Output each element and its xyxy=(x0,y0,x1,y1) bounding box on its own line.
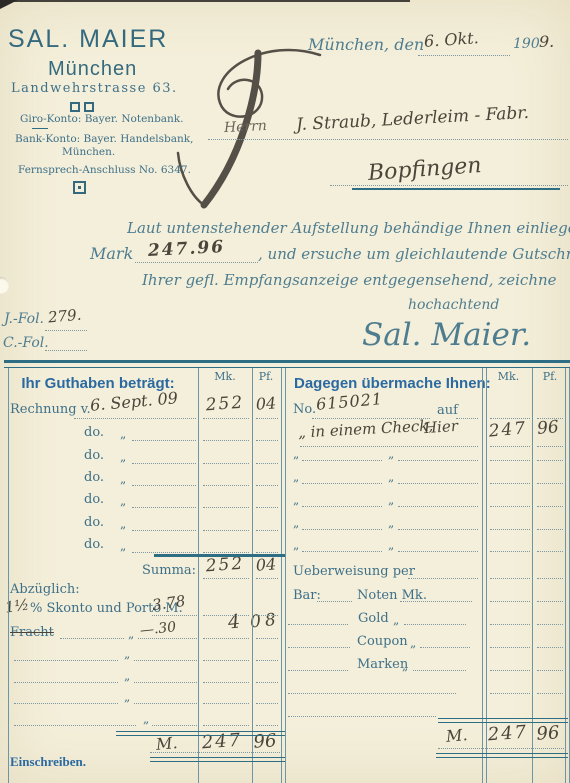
dotted-line xyxy=(330,185,568,186)
street-address: Landwehrstrasse 63. xyxy=(11,82,178,96)
dotted-line xyxy=(537,483,563,484)
dotted-line xyxy=(302,483,382,484)
folio-j-label: J.-Fol. xyxy=(4,312,44,327)
invoice-row-label: Rechnung v. xyxy=(10,403,91,417)
dotted-line xyxy=(138,638,197,639)
dotted-line xyxy=(203,660,249,661)
mark-label: Mark xyxy=(90,245,133,263)
dotted-line xyxy=(413,670,466,671)
dotted-line xyxy=(537,601,563,602)
dotted-line xyxy=(302,506,382,507)
ditto-mark: „ xyxy=(388,494,394,507)
dotted-line xyxy=(256,552,278,553)
ornament-square-icon xyxy=(70,102,80,112)
dotted-line xyxy=(420,647,470,648)
dotted-line xyxy=(256,440,278,441)
dotted-line xyxy=(490,670,530,671)
dotted-line xyxy=(256,660,278,661)
ditto-mark: „ xyxy=(124,648,130,661)
dotted-line xyxy=(74,418,196,419)
amount-handwritten: 247.96 xyxy=(148,238,226,261)
dotted-line xyxy=(256,682,278,683)
table-horizontal-rule xyxy=(4,360,570,363)
date-year-printed: 190 xyxy=(513,37,540,52)
dotted-line xyxy=(300,446,478,447)
do-row-label: do. xyxy=(84,471,104,485)
right-col-header-pf: Pf. xyxy=(533,371,567,383)
dotted-line xyxy=(256,485,278,486)
right-col-header-mk: Mk. xyxy=(486,371,531,383)
dotted-line xyxy=(203,418,249,419)
body-line-3: Ihrer gefl. Empfangsanzeige entgegensehe… xyxy=(142,272,557,289)
company-name: SAL. MAIER xyxy=(8,26,168,54)
invoice-mk-handwritten: 252 xyxy=(199,393,250,415)
ditto-mark: „ xyxy=(120,518,126,531)
dotted-line xyxy=(203,638,249,639)
einschreiben-label: Einschreiben. xyxy=(10,755,86,769)
dotted-line xyxy=(45,330,87,331)
ditto-mark: „ xyxy=(120,495,126,508)
table-horizontal-rule xyxy=(116,731,285,732)
dotted-line xyxy=(398,460,478,461)
dotted-line xyxy=(288,693,456,694)
dotted-line xyxy=(203,578,249,579)
ditto-mark: „ xyxy=(388,539,394,552)
dotted-line xyxy=(14,703,118,704)
table-horizontal-rule xyxy=(438,722,568,723)
check-text-handwritten: „ in einem Check, xyxy=(298,417,434,441)
dotted-line xyxy=(256,463,278,464)
right-total-pf-handwritten: 96 xyxy=(532,723,563,745)
dotted-line xyxy=(203,485,249,486)
dotted-line xyxy=(14,660,118,661)
table-horizontal-rule xyxy=(352,188,560,190)
dotted-line xyxy=(537,418,563,419)
no-label: No. xyxy=(293,403,316,417)
body-line-1: Laut untenstehender Aufstellung behändig… xyxy=(127,220,570,237)
dotted-line xyxy=(398,551,478,552)
salutation-handwritten: Herrn xyxy=(224,119,268,137)
ditto-mark: „ xyxy=(402,660,408,673)
table-vertical-rule xyxy=(252,367,253,783)
table-vertical-rule xyxy=(281,367,282,783)
bank-account-line2: München. xyxy=(62,147,115,159)
dotted-line xyxy=(537,446,563,447)
right-total-currency-handwritten: M. xyxy=(445,726,468,745)
dotted-line xyxy=(134,660,197,661)
do-row-label: do. xyxy=(84,493,104,507)
summa-mk-handwritten: 252 xyxy=(199,554,250,576)
dotted-line xyxy=(398,529,478,530)
dotted-line xyxy=(312,418,430,419)
do-row-label: do. xyxy=(84,538,104,552)
table-horizontal-rule xyxy=(150,757,285,758)
dotted-line xyxy=(490,551,530,552)
dotted-line xyxy=(288,716,436,717)
dotted-line xyxy=(302,529,382,530)
dotted-line xyxy=(490,418,530,419)
dotted-line xyxy=(490,506,530,507)
scan-corner-artifact xyxy=(0,0,18,9)
ditto-mark: „ xyxy=(120,473,126,486)
dotted-line xyxy=(135,262,258,263)
ditto-mark: „ xyxy=(143,713,149,726)
dotted-line xyxy=(537,551,563,552)
table-horizontal-rule xyxy=(4,367,570,368)
ditto-mark: „ xyxy=(120,451,126,464)
do-row-label: do. xyxy=(84,516,104,530)
ditto-mark: „ xyxy=(128,628,134,641)
abzueglich-label: Abzüglich: xyxy=(10,583,80,597)
dotted-line xyxy=(302,551,382,552)
company-city: München xyxy=(48,58,137,80)
dotted-line xyxy=(537,506,563,507)
no-value-handwritten: 615021 xyxy=(315,390,383,413)
ditto-mark: „ xyxy=(124,691,130,704)
ditto-mark: „ xyxy=(293,448,299,461)
dotted-line xyxy=(203,440,249,441)
dotted-line xyxy=(404,624,466,625)
ditto-mark: „ xyxy=(120,540,126,553)
do-row-label: do. xyxy=(84,449,104,463)
dotted-line xyxy=(438,748,566,749)
dotted-line xyxy=(288,647,350,648)
printed-signature: Sal. Maier. xyxy=(362,318,531,352)
invoice-pf-handwritten: 04 xyxy=(251,394,280,414)
dotted-line xyxy=(152,615,197,616)
scan-edge-artifact xyxy=(0,0,410,2)
dotted-line xyxy=(490,529,530,530)
dotted-line xyxy=(14,682,118,683)
table-vertical-rule xyxy=(285,367,286,783)
dotted-line xyxy=(132,485,196,486)
phone-line: Fernsprech-Anschluss No. 6347. xyxy=(18,165,191,177)
dotted-line xyxy=(490,483,530,484)
ueberweisung-label: Ueberweisung per xyxy=(293,565,415,579)
dotted-line xyxy=(203,530,249,531)
dotted-line xyxy=(134,703,197,704)
dotted-line xyxy=(132,552,196,553)
dotted-line xyxy=(14,725,136,726)
table-horizontal-rule xyxy=(438,718,568,719)
dotted-line xyxy=(256,418,278,419)
dotted-line xyxy=(256,703,278,704)
dotted-line xyxy=(490,460,530,461)
dotted-line xyxy=(537,578,563,579)
ornament-square-dot-icon xyxy=(73,181,86,194)
ditto-mark: „ xyxy=(124,670,130,683)
dotted-line xyxy=(256,725,278,726)
dotted-line xyxy=(408,578,478,579)
dotted-line xyxy=(132,530,196,531)
ditto-mark: „ xyxy=(293,494,299,507)
dotted-line xyxy=(456,418,478,419)
dotted-line xyxy=(398,483,478,484)
dotted-line xyxy=(537,693,563,694)
dotted-line xyxy=(490,446,530,447)
coupon-label: Coupon xyxy=(357,635,408,649)
left-col-header-pf: Pf. xyxy=(252,371,280,383)
fracht-amount-handwritten: —.30 xyxy=(139,620,177,639)
dotted-line xyxy=(537,460,563,461)
dotted-line xyxy=(398,506,478,507)
dotted-line xyxy=(317,601,352,602)
summa-pf-handwritten: 04 xyxy=(251,555,280,575)
dotted-line xyxy=(537,647,563,648)
invoice-date-handwritten: 6. Sept. 09 xyxy=(89,389,178,414)
check-pf-handwritten: 96 xyxy=(532,418,564,439)
dotted-line xyxy=(490,693,530,694)
table-vertical-rule xyxy=(198,367,199,783)
dotted-line xyxy=(208,139,568,140)
dotted-line xyxy=(288,670,348,671)
deduction-pf-handwritten: 08 xyxy=(249,610,281,632)
dotted-line xyxy=(256,578,278,579)
do-row-label: do. xyxy=(84,426,104,440)
table-horizontal-rule xyxy=(436,753,568,754)
left-total-currency-handwritten: M. xyxy=(155,734,178,753)
dotted-line xyxy=(490,578,530,579)
folio-j-value-handwritten: 279. xyxy=(47,307,82,326)
table-horizontal-rule xyxy=(154,554,285,557)
dotted-line xyxy=(256,507,278,508)
dotted-line xyxy=(203,507,249,508)
dotted-line xyxy=(418,55,510,56)
dotted-line xyxy=(537,670,563,671)
table-horizontal-rule xyxy=(436,757,568,758)
check-place-handwritten: Hier xyxy=(423,418,458,437)
fracht-label: Fracht xyxy=(10,626,54,640)
dotted-line xyxy=(203,682,249,683)
marken-label: Marken xyxy=(357,658,408,672)
table-vertical-rule xyxy=(8,367,9,783)
dotted-line xyxy=(256,638,278,639)
date-day-handwritten: 6. Okt. xyxy=(423,29,479,50)
dotted-line xyxy=(150,752,280,753)
date-year-handwritten: 9. xyxy=(539,33,554,51)
dotted-line xyxy=(132,440,196,441)
ditto-mark: „ xyxy=(393,614,399,627)
punch-hole xyxy=(0,277,9,294)
dotted-line xyxy=(537,529,563,530)
dotted-line xyxy=(256,530,278,531)
address-place-handwritten: Bopfingen xyxy=(367,154,482,186)
ditto-mark: „ xyxy=(293,517,299,530)
ditto-mark: „ xyxy=(388,471,394,484)
table-horizontal-rule xyxy=(116,735,285,736)
folio-c-label: C.-Fol. xyxy=(3,336,49,351)
dotted-line xyxy=(203,703,249,704)
dotted-line xyxy=(490,601,530,602)
ditto-mark: „ xyxy=(293,471,299,484)
dotted-line xyxy=(203,725,249,726)
table-horizontal-rule xyxy=(32,128,48,129)
right-table-title: Dagegen übermache Ihnen: xyxy=(294,376,474,393)
dotted-line xyxy=(537,624,563,625)
left-col-header-mk: Mk. xyxy=(200,371,250,383)
ditto-mark: „ xyxy=(120,428,126,441)
dotted-line xyxy=(134,682,197,683)
ditto-mark: „ xyxy=(293,539,299,552)
dotted-line xyxy=(152,725,197,726)
bank-account-line1: Bank-Konto: Bayer. Handelsbank, xyxy=(15,134,194,146)
check-mk-handwritten: 247 xyxy=(485,419,530,441)
dotted-line xyxy=(302,460,382,461)
ditto-mark: „ xyxy=(388,448,394,461)
dotted-line xyxy=(45,350,87,351)
dotted-line xyxy=(288,624,348,625)
giro-account-line: Giro-Konto: Bayer. Notenbank. xyxy=(20,114,184,126)
dotted-line xyxy=(132,507,196,508)
closing-word: hochachtend xyxy=(408,298,499,313)
dotted-line xyxy=(400,601,472,602)
ornament-square-icon xyxy=(84,102,94,112)
dotted-line xyxy=(132,463,196,464)
dotted-line xyxy=(203,463,249,464)
dotted-line xyxy=(60,638,124,639)
ditto-mark: „ xyxy=(388,517,394,530)
dotted-line xyxy=(256,615,278,616)
table-horizontal-rule xyxy=(150,761,285,762)
dotted-line xyxy=(203,615,249,616)
scanned-letter: SAL. MAIER München Landwehrstrasse 63. G… xyxy=(0,0,570,783)
summa-label: Summa: xyxy=(142,564,196,578)
ditto-mark: „ xyxy=(410,637,416,650)
dotted-line xyxy=(490,624,530,625)
gold-label: Gold xyxy=(358,612,389,626)
right-total-mk-handwritten: 247 xyxy=(485,722,530,745)
dotted-line xyxy=(490,647,530,648)
body-line-2: , und ersuche um gleichlautende Gutschri… xyxy=(258,246,570,263)
dotted-line xyxy=(203,552,249,553)
